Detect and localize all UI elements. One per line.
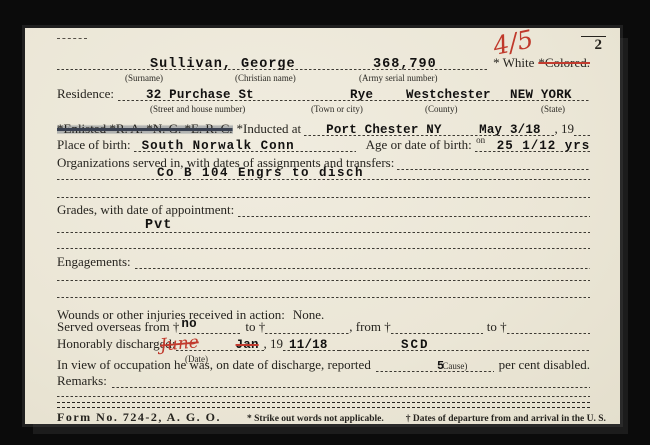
year-line (574, 122, 590, 136)
disability-line (376, 358, 494, 372)
age-label: Age or date of birth: (356, 138, 472, 152)
street-label: (Street and house number) (150, 104, 245, 114)
residence-row: Residence: 32 Purchase St Rye Westcheste… (57, 85, 590, 101)
organizations-line (397, 156, 590, 170)
place-of-birth-label: Place of birth: (57, 138, 131, 152)
grades-row: Grades, with date of appointment: (57, 201, 590, 217)
percent-disabled-label: per cent disabled. (499, 358, 590, 372)
discharge-year-label: , 19 (264, 337, 284, 351)
overseas-to2-line (507, 320, 590, 334)
year-19-label: , 19 (555, 122, 575, 136)
handwritten-june-struck: June (159, 332, 199, 355)
surname-label: (Surname) (125, 73, 163, 83)
town-value: Rye (350, 89, 373, 102)
discharge-cause-line: SCD (339, 337, 590, 351)
town-label: (Town or city) (311, 104, 363, 114)
disability-label: In view of occupation he was, on date of… (57, 358, 371, 372)
remarks-line (112, 374, 590, 388)
blank-line (57, 296, 590, 298)
overseas-to1-label: to † (241, 320, 265, 334)
remarks-row: Remarks: (57, 372, 590, 388)
residence-label: Residence: (57, 87, 114, 101)
residence-line: 32 Purchase St Rye Westchester NEW YORK (118, 87, 590, 101)
blank-line (57, 196, 590, 198)
blank-line (57, 247, 590, 249)
county-label: (County) (425, 104, 458, 114)
grades-label: Grades, with date of appointment: (57, 203, 234, 217)
screenshot-root: { "colors":{"background":"#0b0b0b","card… (0, 0, 650, 445)
inducted-line: Port Chester NY May 3/18 on (304, 122, 554, 136)
discharge-year-line: 11/18 (283, 337, 339, 351)
birth-row: Place of birth: South Norwalk Conn Age o… (57, 136, 590, 152)
overseas-value-no: no (181, 318, 196, 331)
discharge-row: Honorably discharged: June Jan , 19 11/1… (57, 335, 590, 351)
army-serial-label: (Army serial number) (359, 73, 437, 83)
race-colored-struck: *Colored. (534, 56, 590, 70)
blank-line (57, 395, 590, 397)
discharge-date-value: 11/18 (289, 339, 328, 352)
engagements-line (135, 255, 590, 269)
inducted-at-label: *Inducted at (233, 122, 302, 136)
blank-line (57, 279, 590, 281)
footnote-strike: * Strike out words not applicable. (247, 412, 384, 426)
race-white-label: * White (489, 56, 534, 70)
name-serial-line: Sullivan, George 368,790 (57, 56, 489, 70)
grades-line (238, 203, 590, 217)
blank-line (57, 231, 590, 233)
place-of-birth-line: South Norwalk Conn (134, 138, 356, 152)
remarks-label: Remarks: (57, 374, 107, 388)
state-label: (State) (541, 104, 565, 114)
enlisted-row: *Enlisted *R. A. *N. G. *E. R. C. *Induc… (57, 120, 590, 136)
typed-jan-struck: Jan (236, 339, 259, 352)
name-row: Sullivan, George 368,790 * White *Colore… (57, 54, 590, 70)
engagements-row: Engagements: (57, 253, 590, 269)
place-of-birth-value: South Norwalk Conn (142, 140, 295, 153)
disability-row: In view of occupation he was, on date of… (57, 356, 590, 372)
page-number: 2 (581, 36, 607, 52)
form-number: Form No. 724-2, A. G. O. (57, 410, 221, 424)
age-value: 25 1/12 yrs (497, 140, 591, 153)
service-record-card: 4/5 2 Sullivan, George 368,790 * White *… (25, 28, 620, 424)
overseas-from1-label: Served overseas from † (57, 320, 179, 334)
engagements-label: Engagements: (57, 255, 131, 269)
top-left-dash-mark (57, 38, 87, 39)
overseas-to1-line (265, 320, 349, 334)
scd-value: SCD (401, 339, 430, 352)
organizations-entry-line: Co B 104 Engrs to disch (57, 178, 590, 180)
age-line: 25 1/12 yrs (475, 138, 590, 152)
overseas-from2-line (391, 320, 483, 334)
organizations-value: Co B 104 Engrs to disch (157, 167, 364, 180)
footer-row: Form No. 724-2, A. G. O. * Strike out wo… (57, 410, 590, 424)
overseas-row: Served overseas from † no to † , from † … (57, 318, 590, 334)
overseas-to2-label: to † (483, 320, 507, 334)
discharged-date-line: June Jan (176, 337, 264, 351)
overseas-from1-line: no (179, 320, 241, 334)
overseas-from2-label: , from † (349, 320, 391, 334)
state-value: NEW YORK (510, 89, 572, 102)
enlisted-struck-text: *Enlisted *R. A. *N. G. *E. R. C. (57, 122, 233, 136)
discharged-label: Honorably discharged: (57, 337, 176, 351)
christian-name-label: (Christian name) (235, 73, 296, 83)
street-value: 32 Purchase St (146, 89, 254, 102)
county-value: Westchester (406, 89, 491, 102)
surname-value: Sullivan, George (150, 58, 296, 71)
army-serial-value: 368,790 (373, 58, 437, 71)
double-rule (57, 402, 590, 408)
footnote-dagger: † Dates of departure from and arrival in… (406, 412, 606, 426)
